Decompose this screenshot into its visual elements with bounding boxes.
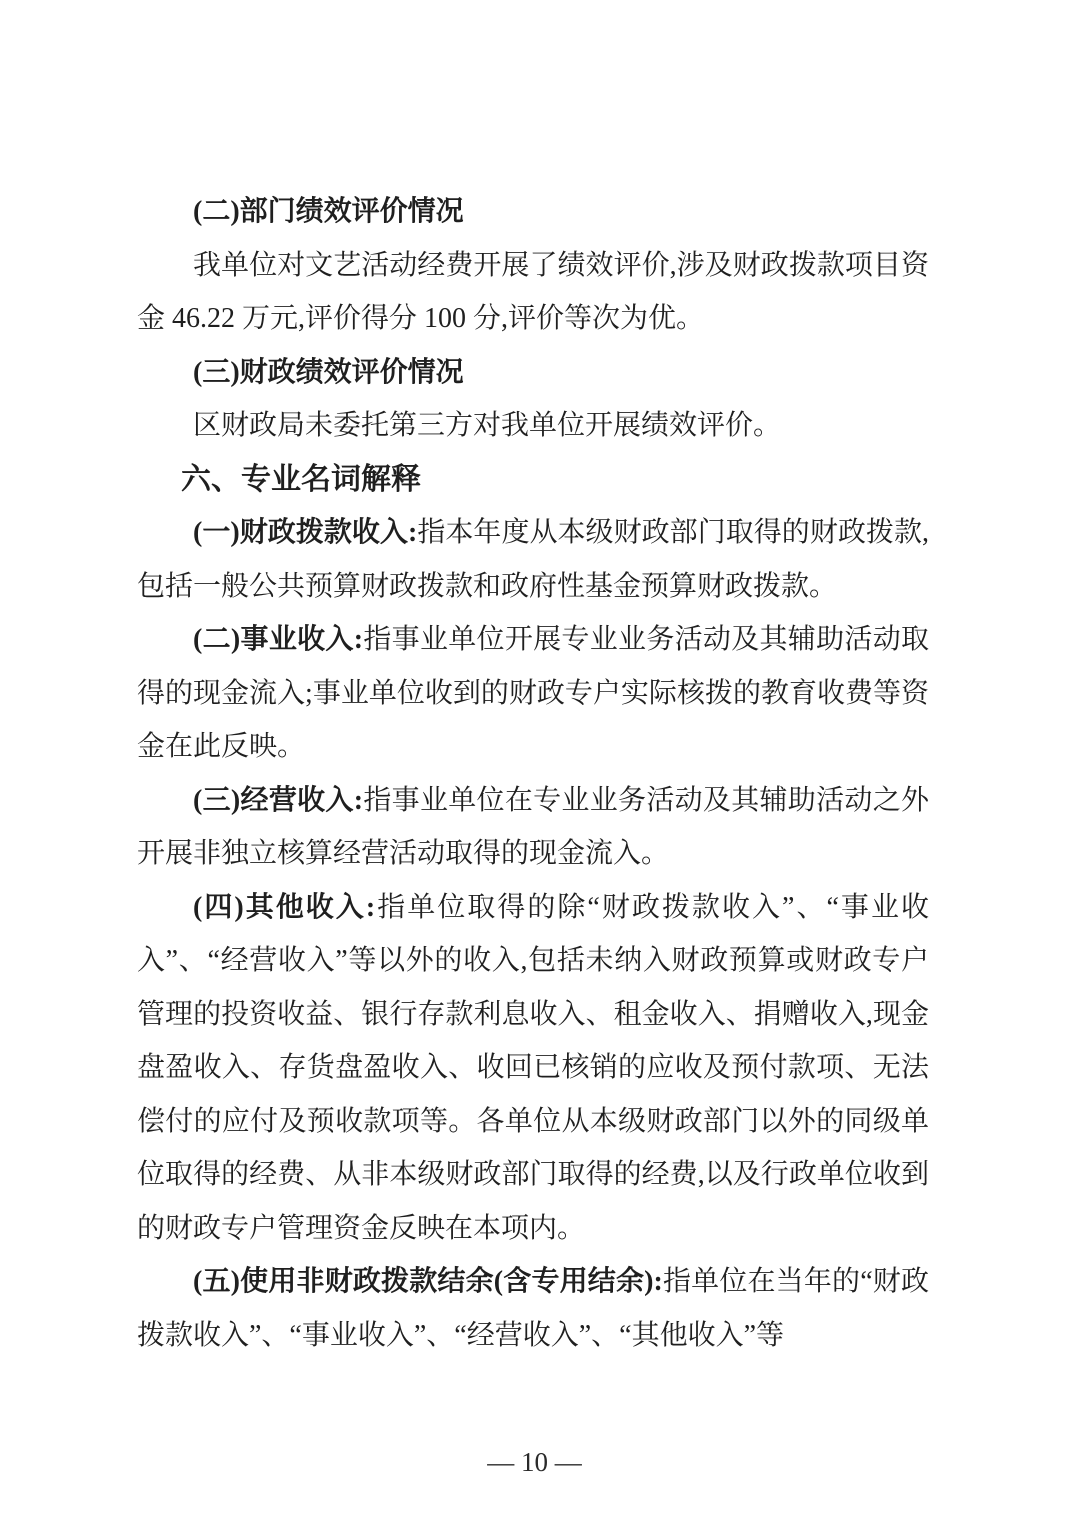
term-label: (五)使用非财政拨款结余(含专用结余):	[193, 1266, 663, 1297]
heading-fiscal-performance: (三)财政绩效评价情况	[137, 346, 929, 400]
paragraph-dept-performance: 我单位对文艺活动经费开展了绩效评价,涉及财政拨款项目资金 46.22 万元,评价…	[137, 239, 929, 346]
page-number: — 10 —	[487, 1447, 582, 1477]
heading-terminology: 六、专业名词解释	[137, 453, 929, 507]
heading-dept-performance: (二)部门绩效评价情况	[137, 185, 929, 239]
term-paragraph-operating-income-public: (二)事业收入:指事业单位开展专业业务活动及其辅助活动取得的现金流入;事业单位收…	[137, 613, 929, 774]
term-paragraph-business-income: (三)经营收入:指事业单位在专业业务活动及其辅助活动之外开展非独立核算经营活动取…	[137, 774, 929, 881]
term-label: (四)其他收入:	[193, 892, 375, 923]
term-paragraph-other-income: (四)其他收入:指单位取得的除“财政拨款收入”、“事业收入”、“经营收入”等以外…	[137, 881, 929, 1256]
term-definition: 指单位取得的除“财政拨款收入”、“事业收入”、“经营收入”等以外的收入,包括未纳…	[137, 892, 929, 1244]
document-page: (二)部门绩效评价情况 我单位对文艺活动经费开展了绩效评价,涉及财政拨款项目资金…	[0, 0, 1069, 1515]
term-paragraph-non-fiscal-balance: (五)使用非财政拨款结余(含专用结余):指单位在当年的“财政拨款收入”、“事业收…	[137, 1255, 929, 1362]
page-footer: — 10 —	[0, 1442, 1069, 1482]
page-content: (二)部门绩效评价情况 我单位对文艺活动经费开展了绩效评价,涉及财政拨款项目资金…	[137, 185, 929, 1362]
paragraph-fiscal-performance: 区财政局未委托第三方对我单位开展绩效评价。	[137, 399, 929, 453]
term-label: (一)财政拨款收入:	[193, 517, 417, 548]
term-paragraph-fiscal-appropriation-income: (一)财政拨款收入:指本年度从本级财政部门取得的财政拨款,包括一般公共预算财政拨…	[137, 506, 929, 613]
term-label: (二)事业收入:	[193, 624, 363, 655]
term-label: (三)经营收入:	[193, 785, 363, 816]
